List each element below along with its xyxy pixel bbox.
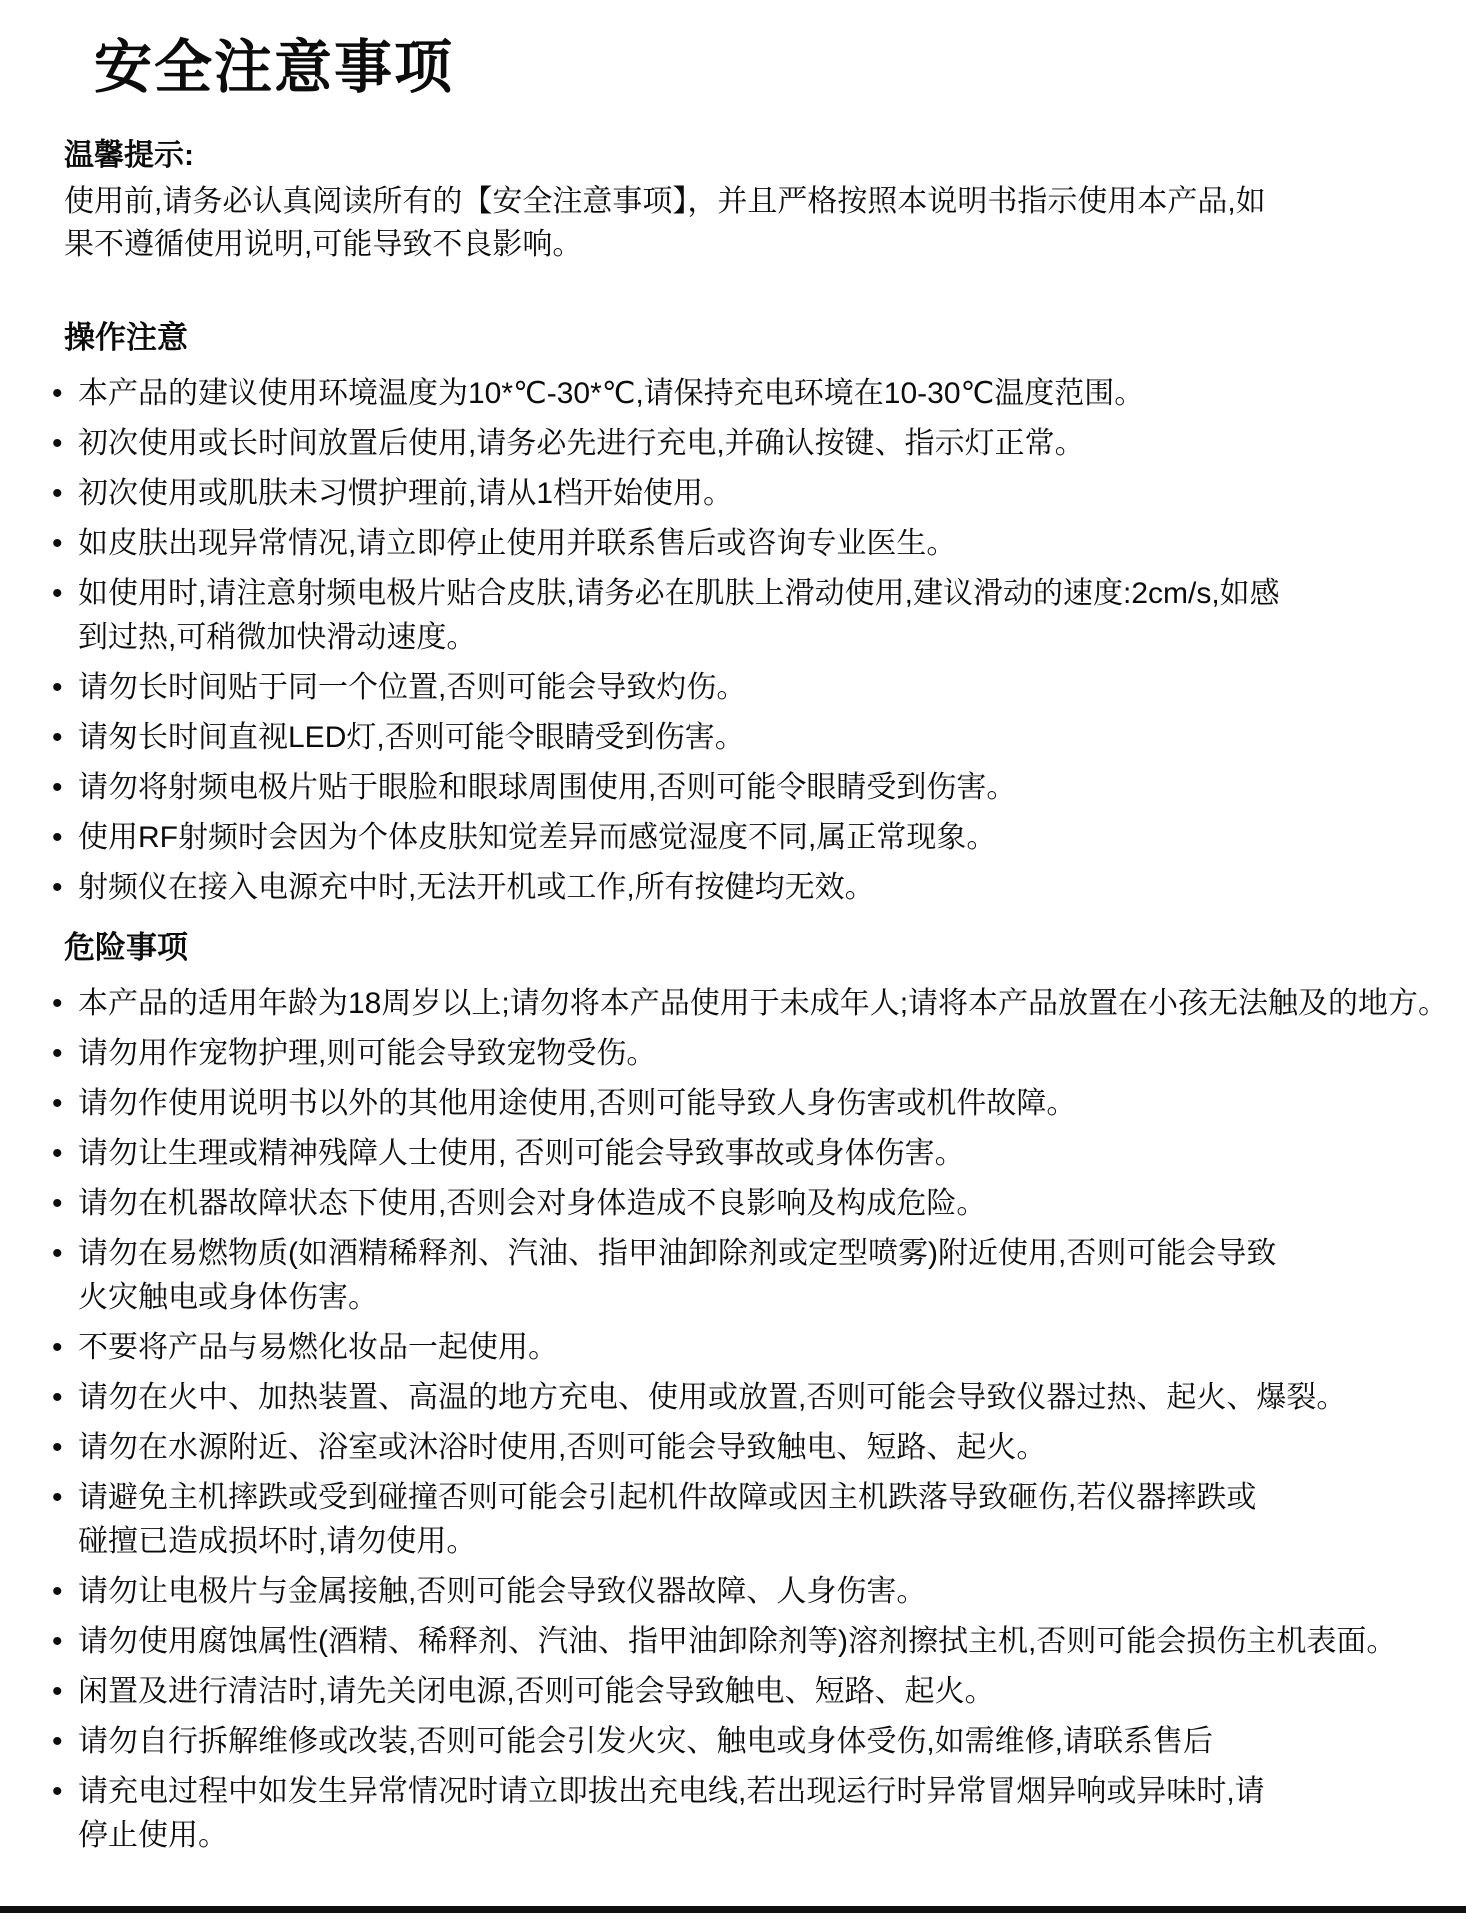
bullet-text: 如皮肤出现异常情况,请立即停止使用并联系售后或咨询专业医生。 (78, 522, 1450, 566)
bullet-icon: • (52, 1132, 78, 1176)
section-operation-notes: 操作注意 •本产品的建议使用环境温度为10*℃-30*℃,请保持充电环境在10-… (64, 312, 1450, 910)
bullet-icon: • (52, 1232, 78, 1276)
list-item: •初次使用或肌肤未习惯护理前,请从1档开始使用。 (52, 472, 1450, 516)
bullet-text: 初次使用或长时间放置后使用,请务必先进行充电,并确认按键、指示灯正常。 (78, 422, 1450, 466)
bullet-icon: • (52, 372, 78, 416)
list-item: •请匆长时间直视LED灯,否则可能令眼睛受到伤害。 (52, 716, 1450, 760)
bullet-list: •本产品的建议使用环境温度为10*℃-30*℃,请保持充电环境在10-30℃温度… (64, 372, 1450, 910)
notice-body: 使用前,请务必认真阅读所有的【安全注意事项】，并且严格按照本说明书指示使用本产品… (64, 180, 1450, 266)
list-item: •请勿在易燃物质(如酒精稀释剂、汽油、指甲油卸除剂或定型喷雾)附近使用,否则可能… (52, 1232, 1450, 1320)
list-item: •使用RF射频时会因为个体皮肤知觉差异而感觉湿度不同,属正常现象。 (52, 816, 1450, 860)
bullet-list: •本产品的适用年龄为18周岁以上;请勿将本产品使用于未成年人;请将本产品放置在小… (64, 982, 1450, 1858)
list-item: •请勿用作宠物护理,则可能会导致宠物受伤。 (52, 1032, 1450, 1076)
bullet-icon: • (52, 666, 78, 710)
list-item: •本产品的适用年龄为18周岁以上;请勿将本产品使用于未成年人;请将本产品放置在小… (52, 982, 1450, 1026)
bullet-text: 请匆长时间直视LED灯,否则可能令眼睛受到伤害。 (78, 716, 1450, 760)
list-item: •请勿让生理或精神残障人士使用, 否则可能会导致事故或身体伤害。 (52, 1132, 1450, 1176)
bullet-text: 请充电过程中如发生异常情况时请立即拔出充电线,若出现运行时异常冒烟异响或异味时,… (78, 1770, 1450, 1814)
list-item: •初次使用或长时间放置后使用,请务必先进行充电,并确认按键、指示灯正常。 (52, 422, 1450, 466)
bullet-icon: • (52, 1476, 78, 1520)
list-item: •请勿自行拆解维修或改装,否则可能会引发火灾、触电或身体受伤,如需维修,请联系售… (52, 1720, 1450, 1764)
bullet-icon: • (52, 766, 78, 810)
bullet-text: 请勿在机器故障状态下使用,否则会对身体造成不良影响及构成危险。 (78, 1182, 1450, 1226)
list-item: •闲置及进行清洁时,请先关闭电源,否则可能会导致触电、短路、起火。 (52, 1670, 1450, 1714)
page-bottom-rule (0, 1906, 1466, 1913)
bullet-icon: • (52, 1570, 78, 1614)
bullet-text: 到过热,可稍微加快滑动速度。 (78, 616, 1450, 660)
list-item: •请勿在火中、加热装置、高温的地方充电、使用或放置,否则可能会导致仪器过热、起火… (52, 1376, 1450, 1420)
list-item: •请充电过程中如发生异常情况时请立即拔出充电线,若出现运行时异常冒烟异响或异味时… (52, 1770, 1450, 1858)
bullet-text: 如使用时,请注意射频电极片贴合皮肤,请务必在肌肤上滑动使用,建议滑动的速度:2c… (78, 572, 1450, 616)
bullet-icon: • (52, 1326, 78, 1370)
bullet-text: 请勿在易燃物质(如酒精稀释剂、汽油、指甲油卸除剂或定型喷雾)附近使用,否则可能会… (78, 1232, 1450, 1276)
bullet-text: 射频仪在接入电源充中时,无法开机或工作,所有按健均无效。 (78, 866, 1450, 910)
list-item: •如皮肤出现异常情况,请立即停止使用并联系售后或咨询专业医生。 (52, 522, 1450, 566)
bullet-text: 请勿在火中、加热装置、高温的地方充电、使用或放置,否则可能会导致仪器过热、起火、… (78, 1376, 1450, 1420)
bullet-text: 不要将产品与易燃化妆品一起使用。 (78, 1326, 1450, 1370)
bullet-text: 请勿长时间贴于同一个位置,否则可能会导致灼伤。 (78, 666, 1450, 710)
notice-text-line: 使用前,请务必认真阅读所有的【安全注意事项】，并且严格按照本说明书指示使用本产品… (64, 180, 1450, 223)
bullet-text: 请勿自行拆解维修或改装,否则可能会引发火灾、触电或身体受伤,如需维修,请联系售后 (78, 1720, 1450, 1764)
bullet-icon: • (52, 1032, 78, 1076)
section-heading: 危险事项 (64, 922, 1450, 967)
bullet-text: 火灾触电或身体伤害。 (78, 1276, 1450, 1320)
bullet-text: 请避免主机摔跌或受到碰撞否则可能会引起机件故障或因主机跌落导致砸伤,若仪器摔跌或 (78, 1476, 1450, 1520)
bullet-icon: • (52, 1770, 78, 1814)
bullet-icon: • (52, 816, 78, 860)
bullet-text: 请勿让电极片与金属接触,否则可能会导致仪器故障、人身伤害。 (78, 1570, 1450, 1614)
notice-text-line: 果不遵循使用说明,可能导致不良影响。 (64, 223, 1450, 266)
list-item: •不要将产品与易燃化妆品一起使用。 (52, 1326, 1450, 1370)
bullet-text: 请勿使用腐蚀属性(酒精、稀释剂、汽油、指甲油卸除剂等)溶剂擦拭主机,否则可能会损… (78, 1620, 1450, 1664)
bullet-icon: • (52, 522, 78, 566)
bullet-text: 初次使用或肌肤未习惯护理前,请从1档开始使用。 (78, 472, 1450, 516)
notice-block: 温馨提示: 使用前,请务必认真阅读所有的【安全注意事项】，并且严格按照本说明书指… (64, 130, 1450, 266)
bullet-text: 本产品的适用年龄为18周岁以上;请勿将本产品使用于未成年人;请将本产品放置在小孩… (78, 982, 1450, 1026)
bullet-text: 请勿用作宠物护理,则可能会导致宠物受伤。 (78, 1032, 1450, 1076)
list-item: •请勿在机器故障状态下使用,否则会对身体造成不良影响及构成危险。 (52, 1182, 1450, 1226)
bullet-text: 本产品的建议使用环境温度为10*℃-30*℃,请保持充电环境在10-30℃温度范… (78, 372, 1450, 416)
list-item: •如使用时,请注意射频电极片贴合皮肤,请务必在肌肤上滑动使用,建议滑动的速度:2… (52, 572, 1450, 660)
bullet-text: 停止使用。 (78, 1814, 1450, 1858)
bullet-icon: • (52, 1082, 78, 1126)
bullet-icon: • (52, 866, 78, 910)
bullet-icon: • (52, 422, 78, 466)
section-danger-items: 危险事项 •本产品的适用年龄为18周岁以上;请勿将本产品使用于未成年人;请将本产… (64, 922, 1450, 1858)
bullet-icon: • (52, 1720, 78, 1764)
bullet-text: 请勿让生理或精神残障人士使用, 否则可能会导致事故或身体伤害。 (78, 1132, 1450, 1176)
bullet-text: 请勿作使用说明书以外的其他用途使用,否则可能导致人身伤害或机件故障。 (78, 1082, 1450, 1126)
list-item: •请勿让电极片与金属接触,否则可能会导致仪器故障、人身伤害。 (52, 1570, 1450, 1614)
bullet-icon: • (52, 572, 78, 616)
bullet-text: 请勿在水源附近、浴室或沐浴时使用,否则可能会导致触电、短路、起火。 (78, 1426, 1450, 1470)
list-item: •请勿使用腐蚀属性(酒精、稀释剂、汽油、指甲油卸除剂等)溶剂擦拭主机,否则可能会… (52, 1620, 1450, 1664)
list-item: •本产品的建议使用环境温度为10*℃-30*℃,请保持充电环境在10-30℃温度… (52, 372, 1450, 416)
bullet-icon: • (52, 1620, 78, 1664)
page-title: 安全注意事项 (94, 36, 1450, 100)
bullet-icon: • (52, 716, 78, 760)
bullet-text: 碰擅已造成损坏时,请勿使用。 (78, 1520, 1450, 1564)
list-item: •请勿在水源附近、浴室或沐浴时使用,否则可能会导致触电、短路、起火。 (52, 1426, 1450, 1470)
bullet-icon: • (52, 1670, 78, 1714)
bullet-text: 请勿将射频电极片贴于眼脸和眼球周围使用,否则可能令眼睛受到伤害。 (78, 766, 1450, 810)
bullet-text: 闲置及进行清洁时,请先关闭电源,否则可能会导致触电、短路、起火。 (78, 1670, 1450, 1714)
notice-label: 温馨提示: (64, 130, 1450, 174)
safety-document-page: 安全注意事项 温馨提示: 使用前,请务必认真阅读所有的【安全注意事项】，并且严格… (0, 0, 1466, 1858)
bullet-icon: • (52, 982, 78, 1026)
bullet-icon: • (52, 1426, 78, 1470)
bullet-icon: • (52, 1376, 78, 1420)
list-item: •请勿作使用说明书以外的其他用途使用,否则可能导致人身伤害或机件故障。 (52, 1082, 1450, 1126)
list-item: •请勿将射频电极片贴于眼脸和眼球周围使用,否则可能令眼睛受到伤害。 (52, 766, 1450, 810)
list-item: •请避免主机摔跌或受到碰撞否则可能会引起机件故障或因主机跌落导致砸伤,若仪器摔跌… (52, 1476, 1450, 1564)
section-heading: 操作注意 (64, 312, 1450, 357)
bullet-icon: • (52, 472, 78, 516)
list-item: •射频仪在接入电源充中时,无法开机或工作,所有按健均无效。 (52, 866, 1450, 910)
bullet-text: 使用RF射频时会因为个体皮肤知觉差异而感觉湿度不同,属正常现象。 (78, 816, 1450, 860)
list-item: •请勿长时间贴于同一个位置,否则可能会导致灼伤。 (52, 666, 1450, 710)
bullet-icon: • (52, 1182, 78, 1226)
